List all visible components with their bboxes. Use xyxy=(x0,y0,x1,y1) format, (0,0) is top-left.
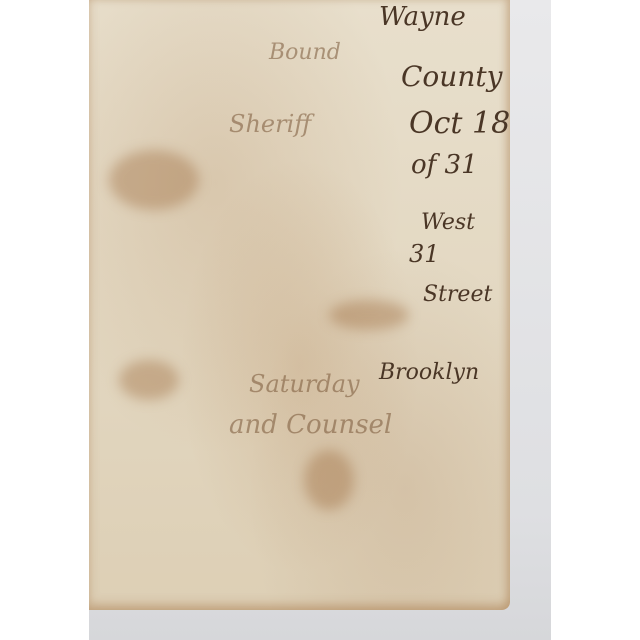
handwriting-county: County xyxy=(401,60,502,93)
stain xyxy=(329,300,409,330)
stain xyxy=(109,150,199,210)
handwriting-saturday: Saturday xyxy=(249,370,360,398)
handwriting-wayne: Wayne xyxy=(379,2,466,32)
handwriting-west: West xyxy=(421,210,475,235)
handwriting-sheriff: Sheriff xyxy=(229,110,311,138)
handwriting-brooklyn: Brooklyn xyxy=(379,360,479,385)
handwriting-of-31: of 31 xyxy=(411,150,478,180)
handwriting-date: Oct 18 xyxy=(409,106,510,141)
handwriting-31: 31 xyxy=(409,240,440,268)
stain xyxy=(119,360,179,400)
handwriting-counsel: and Counsel xyxy=(229,410,392,440)
handwriting-street: Street xyxy=(423,282,492,307)
document-paper: Wayne County Oct 18 of 31 West 31 Street… xyxy=(89,0,510,610)
handwriting-bound: Bound xyxy=(269,40,341,65)
stain xyxy=(304,450,354,510)
